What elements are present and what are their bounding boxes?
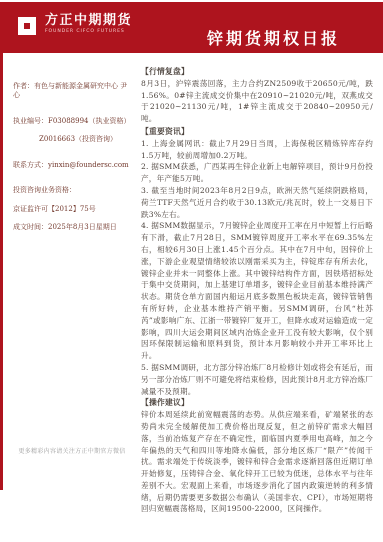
author-panel: 作者：有色与新能源金属研究中心 尹心 执业编号：F03088994（执业资格） … (13, 82, 132, 249)
founder-logo-icon (15, 14, 39, 38)
brand-name-en: FOUNDER CIFCO FUTURES (45, 30, 132, 35)
market-review-paragraph: 8月3日，沪锌震荡回落，主力合约ZN2509收于20650元/吨，跌1.56%。… (141, 78, 373, 125)
contact-email-line: 联系方式：yinxin@foundersc.com (13, 161, 132, 170)
masthead: 方正中期期货 FOUNDER CIFCO FUTURES 锌期货期权日报 (0, 2, 383, 53)
license-number-line: 执业编号：F03088994（执业资格） (13, 117, 132, 126)
advisory-license-line: Z0016663（投资咨询） (39, 135, 132, 144)
brand-text: 方正中期期货 FOUNDER CIFCO FUTURES (45, 14, 132, 35)
qualification-label: 投资咨询业务资格： (13, 186, 132, 195)
wechat-footer-note: 更多精彩内容请关注方正中期官方微信 (10, 446, 134, 455)
qualification-number: 京证监许可【2012】75号 (13, 205, 132, 214)
news-item-4: 4. 据SMM数据显示，7月镀锌企业周度开工率在月中短暂上行后略有下滑，截止7月… (141, 220, 373, 362)
section-heading-market-review: 【行情复盘】 (141, 66, 373, 78)
author-line: 作者：有色与新能源金属研究中心 尹心 (13, 82, 132, 101)
news-item-5: 5. 据SMM调研，北方部分锌冶炼厂8月检修计划或将会有延后，而另一部分冶炼厂则… (141, 362, 373, 397)
written-date-line: 成文时间：2025年8月3日星期日 (13, 223, 132, 232)
left-red-rule (0, 53, 3, 490)
trading-advice-paragraph: 锌价本周延续此前宽幅震荡的态势。从供应端来看，矿端紧张的态势尚未完全缓解使加工费… (141, 409, 373, 515)
section-heading-trading-advice: 【操作建议】 (141, 397, 373, 409)
report-page: 方正中期期货 FOUNDER CIFCO FUTURES 锌期货期权日报 作者：… (0, 0, 383, 542)
section-market-review: 【行情复盘】 8月3日，沪锌震荡回落，主力合约ZN2509收于20650元/吨，… (141, 66, 373, 125)
news-item-3: 3. 截至当地时间2023年8月2日9点，欧洲天然气延续阴跌格局，荷兰TTF天然… (141, 185, 373, 220)
brand: 方正中期期货 FOUNDER CIFCO FUTURES (15, 14, 132, 38)
report-body: 【行情复盘】 8月3日，沪锌震荡回落，主力合约ZN2509收于20650元/吨，… (141, 66, 373, 516)
section-heading-important-news: 【重要资讯】 (141, 126, 373, 138)
section-important-news: 【重要资讯】 1. 上海金属网讯：截止7月29日当周，上海保税区精炼锌库存约1.… (141, 126, 373, 397)
report-title: 锌期货期权日报 (207, 26, 340, 49)
news-item-2: 2. 据SMM获悉，广西某再生锌企业新上电解锌项目，预计9月份投产，年产能5万吨… (141, 161, 373, 185)
section-trading-advice: 【操作建议】 锌价本周延续此前宽幅震荡的态势。从供应端来看，矿端紧张的态势尚未完… (141, 397, 373, 515)
news-item-1: 1. 上海金属网讯：截止7月29日当周，上海保税区精炼锌库存约1.5万吨，较前周… (141, 138, 373, 162)
brand-name-cn: 方正中期期货 (45, 14, 132, 27)
